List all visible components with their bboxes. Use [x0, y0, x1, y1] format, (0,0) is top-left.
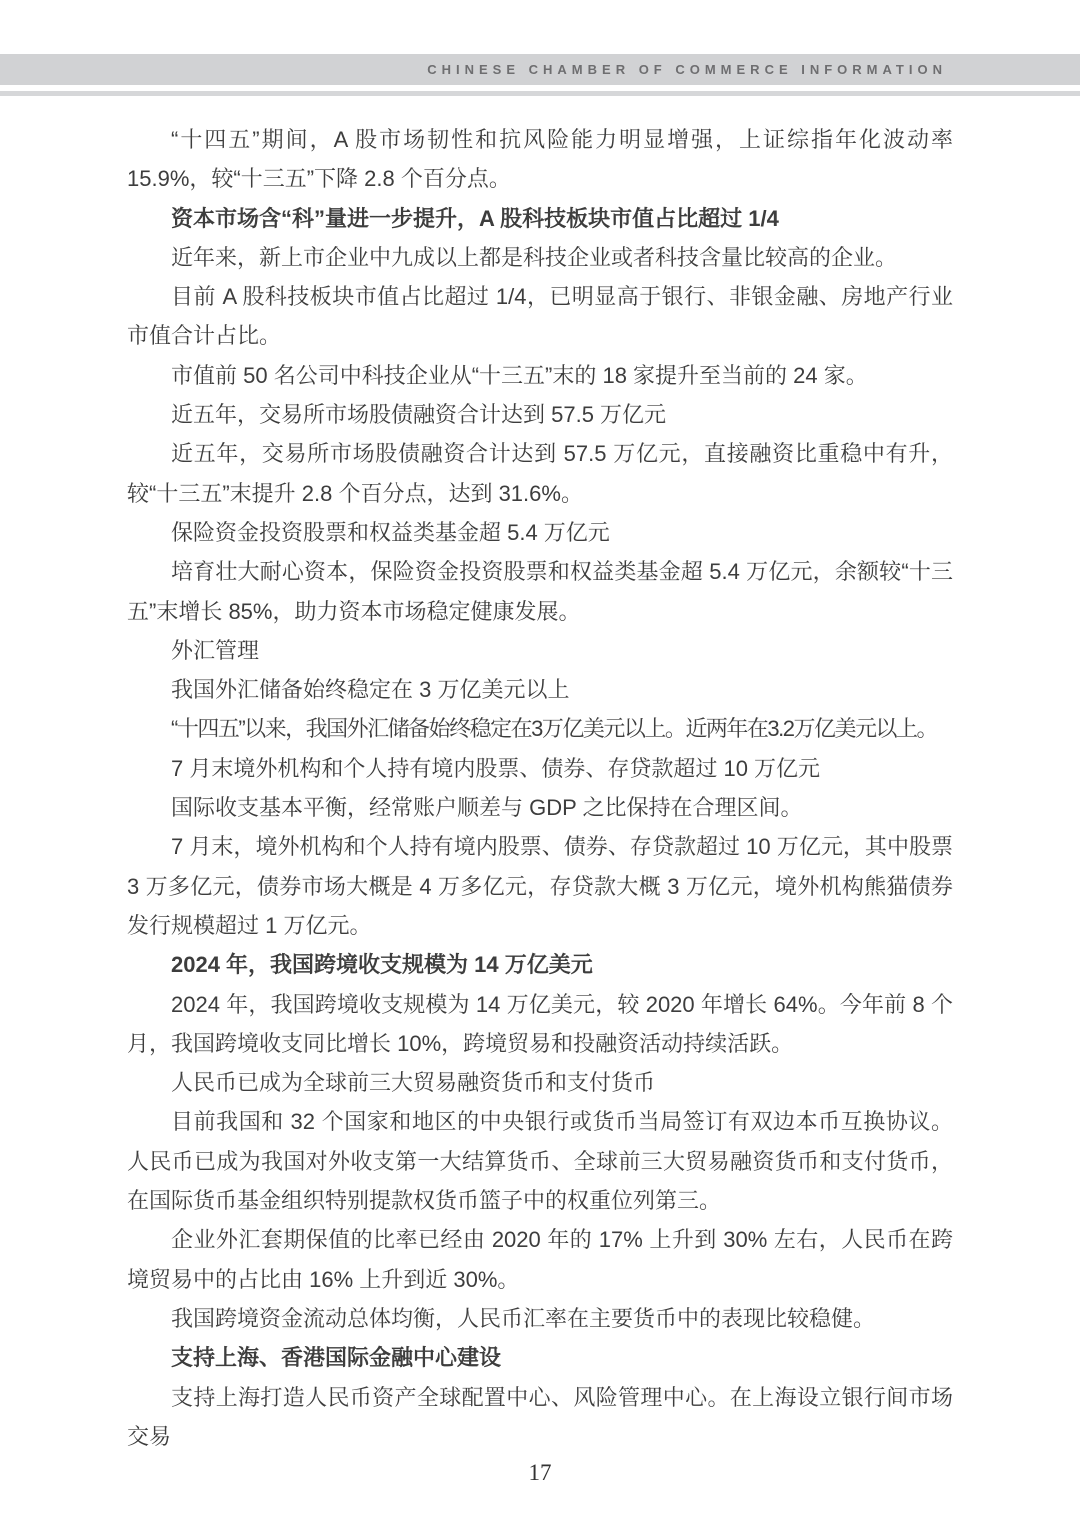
body-paragraph: 我国外汇储备始终稳定在 3 万亿美元以上 — [127, 670, 953, 709]
body-paragraph: 我国跨境资金流动总体均衡，人民币汇率在主要货币中的表现比较稳健。 — [127, 1299, 953, 1338]
header-title: CHINESE CHAMBER OF COMMERCE INFORMATION — [427, 62, 947, 77]
document-page: CHINESE CHAMBER OF COMMERCE INFORMATION … — [0, 0, 1080, 1525]
body-paragraph: 企业外汇套期保值的比率已经由 2020 年的 17% 上升到 30% 左右，人民… — [127, 1220, 953, 1299]
body-paragraph: 近五年，交易所市场股债融资合计达到 57.5 万亿元，直接融资比重稳中有升，较“… — [127, 434, 953, 513]
body-paragraph: 近年来，新上市企业中九成以上都是科技企业或者科技含量比较高的企业。 — [127, 238, 953, 277]
body-paragraph: 目前我国和 32 个国家和地区的中央银行或货币当局签订有双边本币互换协议。人民币… — [127, 1102, 953, 1220]
body-paragraph: 7 月末，境外机构和个人持有境内股票、债券、存贷款超过 10 万亿元，其中股票 … — [127, 827, 953, 945]
body-paragraph: 支持上海打造人民币资产全球配置中心、风险管理中心。在上海设立银行间市场交易 — [127, 1378, 953, 1457]
body-paragraph: 外汇管理 — [127, 631, 953, 670]
section-heading: 2024 年，我国跨境收支规模为 14 万亿美元 — [127, 945, 953, 984]
body-paragraph: “十四五”以来，我国外汇储备始终稳定在3万亿美元以上。近两年在3.2万亿美元以上… — [127, 709, 953, 748]
body-paragraph: 目前 A 股科技板块市值占比超过 1/4，已明显高于银行、非银金融、房地产行业市… — [127, 277, 953, 356]
body-paragraph: 人民币已成为全球前三大贸易融资货币和支付货币 — [127, 1063, 953, 1102]
body-paragraph: 保险资金投资股票和权益类基金超 5.4 万亿元 — [127, 513, 953, 552]
header-bar: CHINESE CHAMBER OF COMMERCE INFORMATION — [0, 54, 1080, 85]
section-heading: 资本市场含“科”量进一步提升，A 股科技板块市值占比超过 1/4 — [127, 199, 953, 238]
body-paragraph: 2024 年，我国跨境收支规模为 14 万亿美元，较 2020 年增长 64%。… — [127, 985, 953, 1064]
section-heading: 支持上海、香港国际金融中心建设 — [127, 1338, 953, 1377]
document-body: “十四五”期间，A 股市场韧性和抗风险能力明显增强，上证综指年化波动率 15.9… — [127, 120, 953, 1456]
page-number: 17 — [0, 1460, 1080, 1486]
body-paragraph: 国际收支基本平衡，经常账户顺差与 GDP 之比保持在合理区间。 — [127, 788, 953, 827]
body-paragraph: 近五年，交易所市场股债融资合计达到 57.5 万亿元 — [127, 395, 953, 434]
header-rule — [0, 91, 1080, 96]
body-paragraph: 市值前 50 名公司中科技企业从“十三五”末的 18 家提升至当前的 24 家。 — [127, 356, 953, 395]
body-paragraph: 培育壮大耐心资本，保险资金投资股票和权益类基金超 5.4 万亿元，余额较“十三五… — [127, 552, 953, 631]
body-paragraph: “十四五”期间，A 股市场韧性和抗风险能力明显增强，上证综指年化波动率 15.9… — [127, 120, 953, 199]
body-paragraph: 7 月末境外机构和个人持有境内股票、债券、存贷款超过 10 万亿元 — [127, 749, 953, 788]
